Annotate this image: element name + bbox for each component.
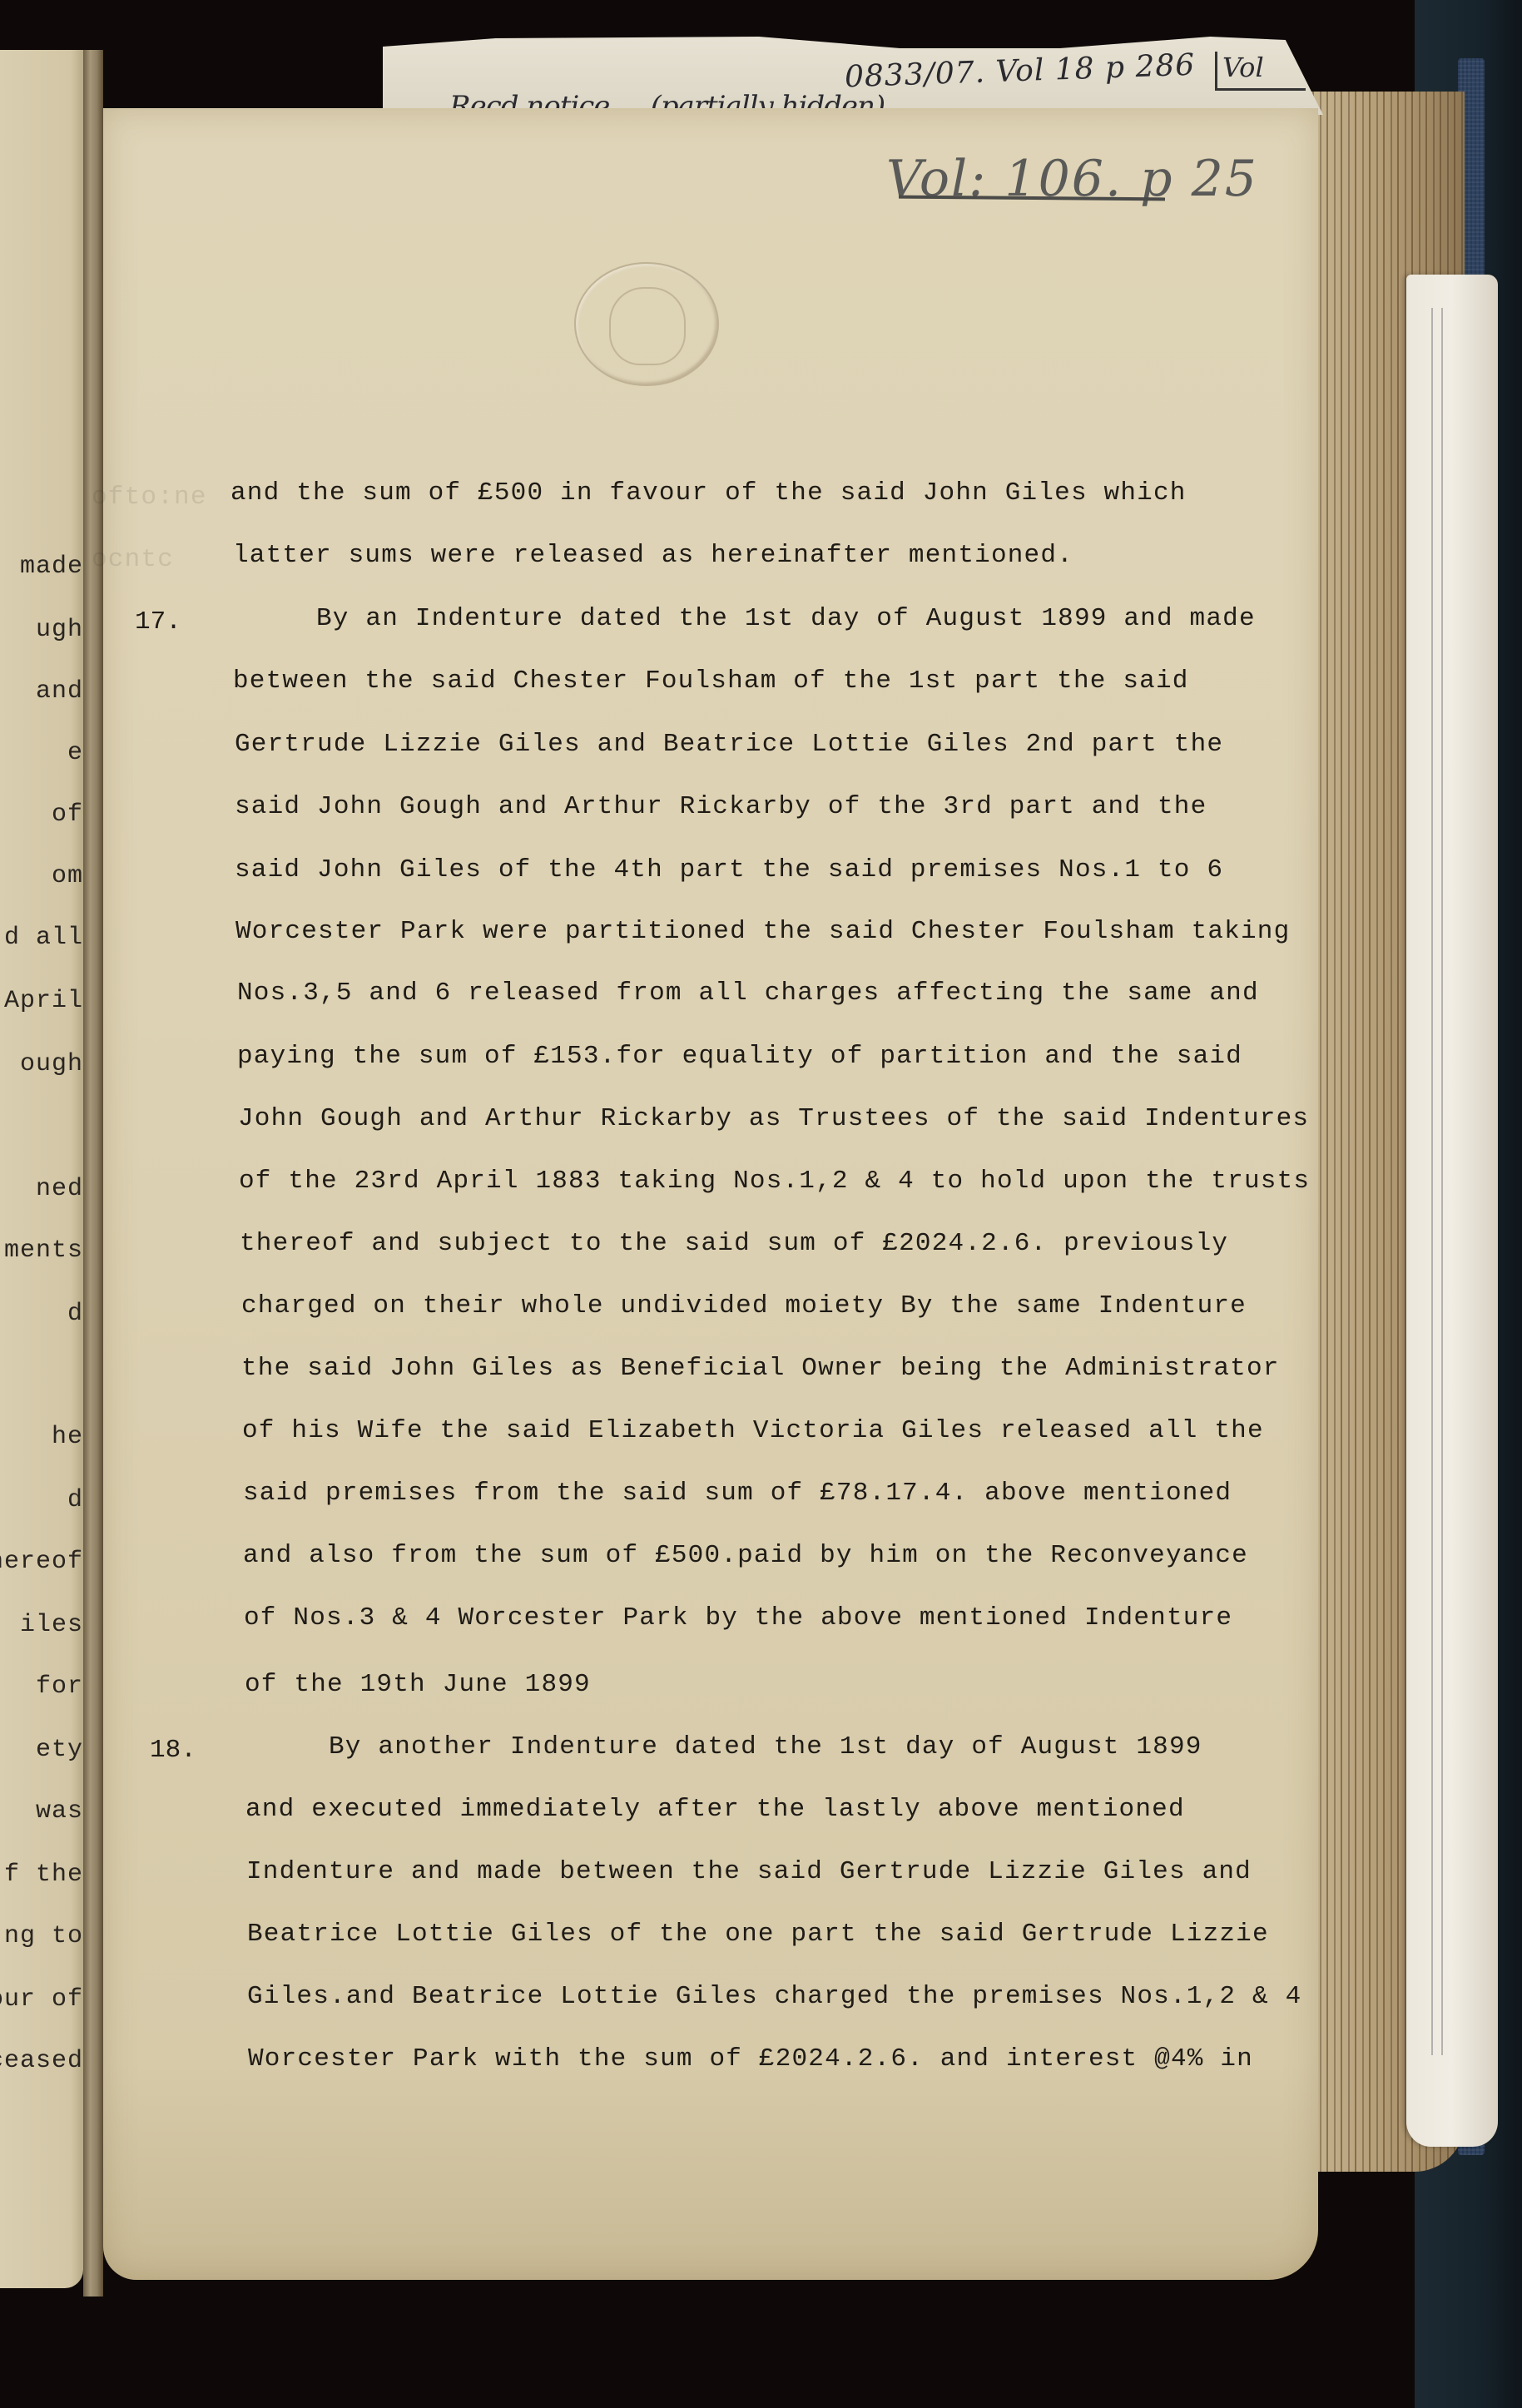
left-fragment: d <box>67 1300 83 1328</box>
body-line: Giles.and Beatrice Lottie Giles charged … <box>247 1982 1301 2011</box>
left-fragment: made <box>20 552 83 581</box>
paragraph-number: 18. <box>150 1736 196 1765</box>
body-line: and the sum of £500 in favour of the sai… <box>231 478 1187 508</box>
body-line: paying the sum of £153.for equality of p… <box>237 1042 1242 1071</box>
left-fragment: he <box>52 1423 83 1451</box>
left-fragment: d all <box>4 924 83 952</box>
left-fragment: ugh <box>36 616 83 644</box>
show-through-text: ofto:ne <box>92 483 207 512</box>
embossed-seal-icon <box>574 262 719 386</box>
left-fragment: eceased <box>0 2047 83 2075</box>
body-line: and also from the sum of £500.paid by hi… <box>243 1541 1248 1570</box>
left-fragment: f the <box>4 1861 83 1889</box>
left-fragment: ments <box>4 1236 83 1265</box>
book-gutter <box>83 50 103 2297</box>
body-line: and executed immediately after the lastl… <box>245 1795 1185 1824</box>
slip-ruled-line <box>1431 308 1433 2055</box>
body-line: By another Indenture dated the 1st day o… <box>329 1732 1202 1761</box>
seal-crest-icon <box>609 287 686 365</box>
body-line: thereof and subject to the said sum of £… <box>240 1229 1228 1258</box>
left-fragment: om <box>52 862 83 890</box>
paragraph-number: 17. <box>135 607 181 637</box>
body-line: between the said Chester Foulsham of the… <box>233 666 1189 696</box>
slip-ruled-line <box>1441 308 1443 2055</box>
left-fragment: iles <box>20 1611 83 1639</box>
left-fragment: vour of <box>0 1985 83 2014</box>
body-line: Indenture and made between the said Gert… <box>246 1857 1252 1886</box>
body-line: said John Giles of the 4th part the said… <box>235 855 1223 884</box>
body-line: John Gough and Arthur Rickarby as Truste… <box>238 1104 1309 1133</box>
body-line: By an Indenture dated the 1st day of Aug… <box>316 604 1256 633</box>
body-line: charged on their whole undivided moiety … <box>241 1291 1247 1320</box>
body-line: latter sums were released as hereinafter… <box>233 541 1073 570</box>
left-fragment: of <box>52 800 83 829</box>
left-fragment: was <box>36 1797 83 1826</box>
body-line: said premises from the said sum of £78.1… <box>243 1479 1232 1508</box>
loose-paper-slip <box>1406 275 1498 2147</box>
body-line: Nos.3,5 and 6 released from all charges … <box>237 979 1259 1008</box>
body-line: of the 23rd April 1883 taking Nos.1,2 & … <box>239 1167 1310 1196</box>
left-fragment: ety <box>36 1736 83 1764</box>
body-line: Worcester Park were partitioned the said… <box>235 917 1290 946</box>
body-line: of the 19th June 1899 <box>245 1670 591 1699</box>
body-line: the said John Giles as Beneficial Owner … <box>241 1354 1280 1383</box>
body-line: said John Gough and Arthur Rickarby of t… <box>235 792 1207 821</box>
left-fragment: d <box>67 1486 83 1514</box>
left-fragment: ned <box>36 1175 83 1203</box>
body-line: Worcester Park with the sum of £2024.2.6… <box>248 2044 1253 2074</box>
body-line: Beatrice Lottie Giles of the one part th… <box>247 1920 1269 1949</box>
handwritten-boxed-note: Vol <box>1215 52 1306 91</box>
left-fragment: e <box>67 739 83 767</box>
body-line: of Nos.3 & 4 Worcester Park by the above… <box>244 1603 1232 1633</box>
show-through-text: ocntc <box>92 545 174 574</box>
left-fragment: hereof <box>0 1548 83 1576</box>
body-line: of his Wife the said Elizabeth Victoria … <box>242 1416 1264 1445</box>
body-line: Gertrude Lizzie Giles and Beatrice Lotti… <box>235 730 1223 759</box>
left-fragment: for <box>36 1672 83 1701</box>
left-facing-page <box>0 50 83 2288</box>
left-fragment: April <box>4 987 83 1015</box>
left-fragment: and <box>36 677 83 706</box>
left-fragment: ng to <box>4 1922 83 1950</box>
left-fragment: ough <box>20 1050 83 1078</box>
